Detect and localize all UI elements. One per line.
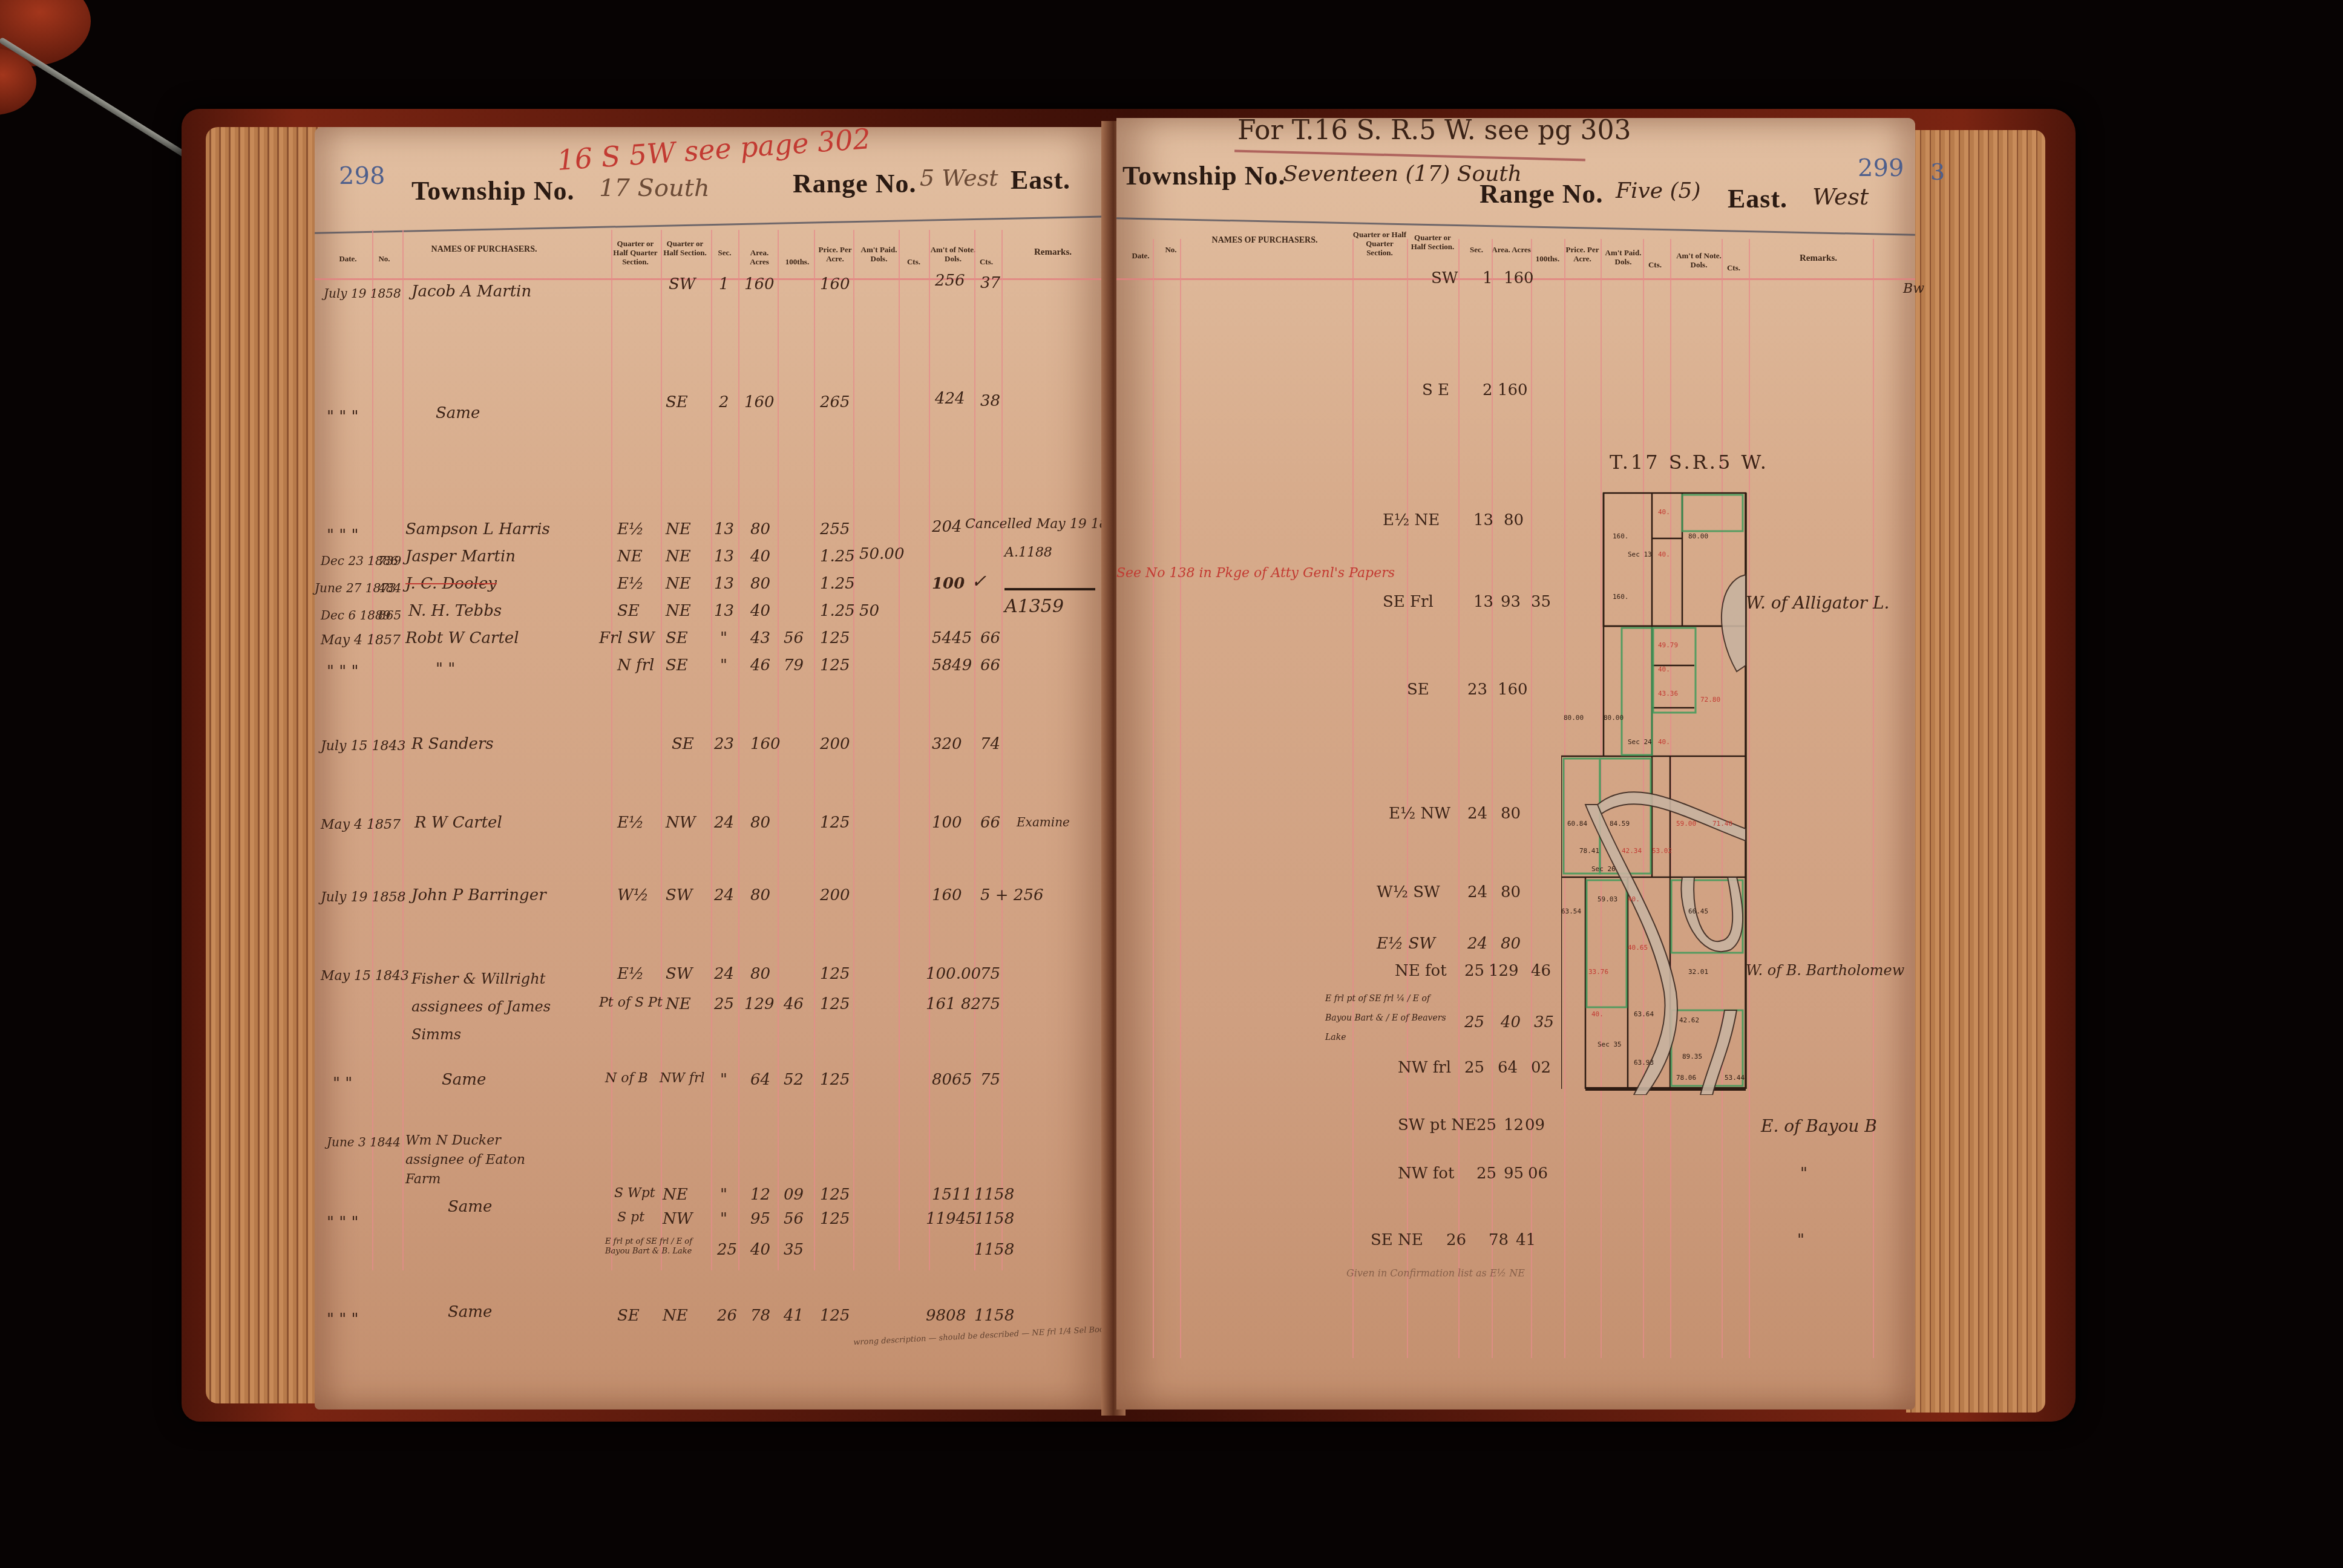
strike-line	[1004, 588, 1095, 590]
row-note-dols: 5849	[932, 656, 972, 675]
row-price: 125	[820, 814, 850, 832]
right-page-stack	[1906, 130, 2045, 1413]
svg-text:63.64: 63.64	[1634, 1010, 1654, 1018]
row-sec: 24	[714, 814, 734, 832]
row-price: 1.25	[820, 575, 855, 593]
row-name: Robt W Cartel	[405, 629, 519, 647]
col-paid-cts: Cts.	[1643, 260, 1667, 269]
col-note-dols: Am't of Note. Dols.	[929, 245, 977, 263]
svg-text:80.00: 80.00	[1604, 714, 1624, 722]
annotation-underline	[1234, 149, 1585, 161]
row-paid-dols: 50	[859, 602, 879, 620]
row-note-cts: 66	[980, 814, 1000, 832]
row-qh: NE	[666, 520, 691, 538]
row-qh: SW	[666, 886, 693, 904]
next-page-margin-mark: Bw	[1903, 281, 1924, 296]
row-sec: 25	[1464, 1059, 1484, 1077]
svg-text:43.36: 43.36	[1658, 690, 1678, 697]
row-qhq: E frl pt of SE frl / E of Bayou Bart & B…	[605, 1237, 708, 1256]
row-qhq: E½	[617, 575, 644, 593]
row-qh: NE	[663, 1186, 688, 1204]
col-price: Price. Per Acre.	[1564, 245, 1601, 263]
row-remarks: E. of Bayou B	[1761, 1116, 1877, 1136]
row-sec: 24	[1467, 935, 1487, 953]
svg-text:33.76: 33.76	[1588, 968, 1608, 976]
ledger-row: SE NE 26 78 41 "	[1116, 1231, 1915, 1261]
row-qhq: Pt of S Pt	[599, 995, 663, 1010]
row-desc: S E	[1422, 381, 1449, 399]
left-page-stack	[206, 127, 327, 1403]
row-desc: NE fot	[1395, 962, 1447, 980]
row-hundredths: 79	[784, 656, 804, 675]
row-name: J. C. Dooley	[405, 575, 497, 593]
row-qhq: Frl SW	[599, 629, 655, 647]
row-remarks: "	[1800, 1165, 1807, 1183]
row-sec: 25	[714, 995, 734, 1013]
row-acres: 40	[750, 1241, 770, 1259]
row-qhq: S Wpt	[614, 1186, 655, 1201]
row-date: " " "	[327, 1310, 358, 1328]
row-desc: SE NE	[1371, 1231, 1423, 1249]
row-sec: 23	[714, 735, 734, 753]
row-price: 200	[820, 735, 850, 753]
svg-text:160.: 160.	[1613, 593, 1629, 601]
svg-text:40.: 40.	[1658, 738, 1670, 746]
svg-text:160.: 160.	[1613, 532, 1629, 540]
row-acres: 129	[744, 995, 775, 1013]
row-qh: SE	[666, 629, 688, 647]
col-names: NAMES OF PURCHASERS.	[405, 245, 563, 254]
col-hundredths: 100ths.	[781, 257, 814, 266]
row-date: July 19 1858	[321, 890, 405, 905]
row-acres: 46	[750, 656, 770, 675]
svg-text:59.03: 59.03	[1597, 895, 1617, 903]
row-hundredths: 02	[1531, 1059, 1551, 1077]
row-sec: 26	[717, 1307, 737, 1325]
row-qh: SW	[669, 275, 696, 293]
row-acres: 160	[744, 393, 775, 411]
ledger-row: July 15 1843 R Sanders SE 23 160 200 320…	[315, 735, 1110, 765]
row-desc: W½ SW	[1377, 883, 1440, 901]
row-qh: SE	[666, 656, 688, 675]
col-date: Date.	[327, 254, 369, 263]
col-hundredths: 100ths.	[1531, 254, 1564, 263]
row-note-cts: 1158	[974, 1210, 1014, 1228]
range-label: Range No.	[1480, 178, 1604, 209]
range-value: 5 West	[920, 165, 998, 191]
svg-text:63.54: 63.54	[1561, 907, 1581, 915]
row-sec: 24	[714, 886, 734, 904]
col-sec: Sec.	[1461, 245, 1492, 254]
header-rule	[1116, 217, 1915, 236]
row-note-dols: 320	[932, 735, 962, 753]
row-paid-dols: 50.00	[859, 545, 904, 563]
row-sec: 1	[1483, 269, 1493, 287]
row-date: " " "	[327, 408, 358, 426]
row-price: 265	[820, 393, 850, 411]
row-acres: 80	[750, 520, 770, 538]
row-price: 125	[820, 1186, 850, 1204]
township-plat-map: 160. 80.00 160. Sec 13 80.00 80.00 Sec 2…	[1561, 490, 1749, 1095]
col-no: No.	[1159, 245, 1183, 254]
svg-text:53.02: 53.02	[1652, 847, 1672, 855]
svg-text:66.45: 66.45	[1688, 907, 1708, 915]
svg-text:Sec 35: Sec 35	[1597, 1040, 1622, 1048]
svg-text:40.: 40.	[1658, 508, 1670, 516]
row-qh: SE	[672, 735, 694, 753]
row-sec: "	[720, 1071, 727, 1089]
ledger-row: NW frl 25 64 02	[1116, 1059, 1915, 1089]
ledger-row: May 4 1857 Robt W Cartel Frl SW SE " 43 …	[315, 629, 1110, 659]
range-suffix: East.	[1011, 165, 1070, 195]
svg-text:80.00: 80.00	[1564, 714, 1584, 722]
row-acres: 64	[750, 1071, 770, 1089]
row-sec: 25	[1476, 1116, 1496, 1134]
col-acres: Area. Acres	[1492, 245, 1531, 254]
row-no: 739	[378, 554, 401, 568]
col-sec: Sec.	[711, 248, 738, 257]
row-desc: NW fot	[1398, 1165, 1454, 1183]
svg-text:71.40: 71.40	[1712, 820, 1732, 828]
row-desc: SE	[1407, 681, 1429, 699]
row-no: 865	[378, 608, 401, 622]
col-qhq: Quarter or Half Quarter Section.	[611, 239, 660, 266]
ledger-row: " " " Same SE 2 160 265 424 38	[315, 399, 1110, 430]
row-price: 1.25	[820, 602, 855, 620]
svg-text:32.01: 32.01	[1688, 968, 1708, 976]
svg-text:78.06: 78.06	[1676, 1074, 1696, 1082]
row-no: 484	[378, 581, 401, 595]
row-qhq: S pt	[617, 1210, 644, 1225]
next-page-number-peek: 3	[1930, 158, 1945, 185]
row-acres: 80	[1504, 511, 1524, 529]
row-price: 125	[820, 1210, 850, 1228]
row-note-cts: 1158	[974, 1241, 1014, 1259]
row-acres: 80	[750, 965, 770, 983]
row-acres: 40	[750, 547, 770, 566]
red-reference-note: See No 138 in Pkge of Atty Genl's Papers	[1116, 566, 1395, 581]
ledger-row: W½ SW 24 80	[1116, 883, 1915, 913]
map-title: T.17 S.R.5 W.	[1610, 451, 1769, 474]
row-qh: NW	[666, 814, 695, 832]
row-acres: 80	[750, 814, 770, 832]
row-date: June 3 1844	[327, 1135, 401, 1149]
ledger-row: NW fot 25 95 06 "	[1116, 1165, 1915, 1195]
col-note-dols: Am't of Note. Dols.	[1670, 251, 1728, 269]
svg-text:49.79: 49.79	[1658, 641, 1678, 649]
row-remarks: W. of Alligator L.	[1746, 593, 1889, 613]
ledger-row: June 3 1844 Wm N Ducker assignee of Eato…	[315, 1131, 1110, 1161]
ledger-row: SE Frl 13 93 35 W. of Alligator L.	[1116, 593, 1915, 623]
col-paid-cts: Cts.	[902, 257, 926, 266]
row-qh: NE	[666, 602, 691, 620]
col-remarks: Remarks.	[1770, 254, 1867, 263]
ledger-row: E½ NE 13 80	[1116, 511, 1915, 541]
row-price: 125	[820, 995, 850, 1013]
ledger-row: SE 23 160	[1116, 681, 1915, 711]
col-no: No.	[372, 254, 396, 263]
row-price: 125	[820, 656, 850, 675]
row-sec: 1	[719, 275, 729, 293]
svg-text:63.93: 63.93	[1634, 1059, 1654, 1067]
row-qhq: E½	[617, 520, 644, 538]
col-paid-dols: Am't Paid. Dols.	[1601, 248, 1646, 266]
svg-text:80.00: 80.00	[1688, 532, 1708, 540]
row-note-dols: 5445	[932, 629, 972, 647]
row-note-dols: 204	[932, 518, 962, 536]
row-note-dols: 100	[932, 814, 962, 832]
row-sec: 23	[1467, 681, 1487, 699]
col-qh: Quarter or Half Section.	[1407, 233, 1458, 251]
row-hundredths: 56	[784, 1210, 804, 1228]
ledger-row: NE fot 25 129 46 W. of B. Bartholomew	[1116, 962, 1915, 992]
ledger-row: " " " " " N frl SE " 46 79 125 5849 66	[315, 656, 1110, 687]
row-date: July 19 1858	[324, 286, 401, 301]
row-note-dols: 1511	[932, 1186, 972, 1204]
row-date: " " "	[327, 1214, 358, 1232]
row-hundredths: 46	[784, 995, 804, 1013]
row-note-dols: 160	[932, 886, 962, 904]
svg-text:40.: 40.	[1658, 550, 1670, 558]
row-sec: 2	[719, 393, 729, 411]
svg-text:Sec 26: Sec 26	[1591, 865, 1616, 873]
row-price: 255	[820, 520, 850, 538]
row-sec: 25	[1464, 1013, 1484, 1031]
row-sec: 2	[1483, 381, 1493, 399]
row-name: Same	[436, 404, 480, 422]
col-names: NAMES OF PURCHASERS.	[1183, 236, 1346, 245]
row-price: 125	[820, 965, 850, 983]
svg-text:40.: 40.	[1658, 665, 1670, 673]
row-price: 125	[820, 1307, 850, 1325]
ledger-row: Dec 23 1886 739 Jasper Martin NE NE 13 4…	[315, 547, 1110, 578]
row-note-cts: 75	[980, 965, 1000, 983]
row-sec: 25	[717, 1241, 737, 1259]
row-remarks: A.1188	[1004, 545, 1052, 560]
page-number: 298	[339, 162, 385, 190]
row-note-cts: 75	[980, 995, 1000, 1013]
row-acres: 80	[1501, 935, 1521, 953]
ledger-row: E frl pt of SE frl / E of Bayou Bart & B…	[315, 1237, 1110, 1267]
row-qh: SE	[666, 393, 688, 411]
row-qhq: E½	[617, 814, 644, 832]
row-note-dols: 100.00	[926, 965, 981, 983]
ledger-row: July 19 1858 John P Barringer W½ SW 24 8…	[315, 886, 1110, 916]
ledger-row: May 4 1857 R W Cartel E½ NW 24 80 125 10…	[315, 814, 1110, 844]
row-qh: NE	[666, 575, 691, 593]
row-sec: 13	[1473, 593, 1493, 611]
row-note-cts: 37	[980, 274, 1000, 292]
row-note-cts: 66	[980, 656, 1000, 675]
row-note-dols: 424	[935, 390, 965, 408]
row-name: R Sanders	[411, 735, 494, 753]
row-note-dols: 256	[935, 272, 965, 290]
row-acres: 95	[750, 1210, 770, 1228]
range-value: Five (5)	[1616, 178, 1701, 203]
row-qh: NW frl	[660, 1071, 705, 1086]
row-name: Jacob A Martin	[411, 283, 531, 301]
svg-text:53.44: 53.44	[1725, 1074, 1745, 1082]
row-note-cts: 66	[980, 629, 1000, 647]
row-note-cts: 75	[980, 1071, 1000, 1089]
row-desc: E½ SW	[1377, 935, 1435, 953]
col-qhq: Quarter or Half Quarter Section.	[1352, 230, 1407, 257]
svg-text:40.65: 40.65	[1628, 944, 1648, 952]
col-price: Price. Per Acre.	[817, 245, 853, 263]
svg-text:72.80: 72.80	[1700, 696, 1720, 704]
row-sec: "	[720, 1210, 727, 1228]
row-sec: 13	[1473, 511, 1493, 529]
row-sec: 25	[1476, 1165, 1496, 1183]
row-qh: NW	[663, 1210, 692, 1228]
row-name: Same	[448, 1303, 492, 1321]
ledger-row: SW 1 160	[1116, 269, 1915, 299]
ledger-row: Dec 6 1889 865 N. H. Tebbs SE NE 13 40 1…	[315, 602, 1110, 632]
ledger-row: Pt of S Pt NE 25 129 46 125 161 82 75	[315, 995, 1110, 1025]
row-qhq: SE	[617, 1307, 640, 1325]
svg-text:Sec 13: Sec 13	[1628, 550, 1652, 558]
row-note-dols: 11945	[926, 1210, 976, 1228]
row-acres: 160	[744, 275, 775, 293]
row-desc: NW frl	[1398, 1059, 1451, 1077]
row-hundredths: 56	[784, 629, 804, 647]
check-mark: ✓	[971, 571, 986, 592]
row-name: Wm N Ducker assignee of Eaton Farm	[405, 1131, 526, 1189]
row-acres: 78	[750, 1307, 770, 1325]
header-rule	[315, 215, 1110, 234]
row-hundredths: 41	[784, 1307, 804, 1325]
page-number: 299	[1858, 154, 1904, 182]
row-note-cts: 1158	[974, 1307, 1014, 1325]
township-label: Township No.	[1122, 160, 1286, 191]
row-acres: 160	[1498, 381, 1528, 399]
row-date: May 15 1843	[321, 969, 409, 984]
ledger-row: E½ NW 24 80	[1116, 805, 1915, 835]
row-price: 200	[820, 886, 850, 904]
svg-text:78.41: 78.41	[1579, 847, 1599, 855]
ledger-row: SW pt NE 25 12 09 E. of Bayou B	[1116, 1116, 1915, 1146]
row-date: " " "	[327, 662, 358, 681]
col-paid-dols: Am't Paid. Dols.	[856, 245, 902, 263]
row-desc: E½ NW	[1389, 805, 1450, 823]
row-acres: 12	[750, 1186, 770, 1204]
top-annotation: For T.16 S. R.5 W. see pg 303	[1237, 115, 1631, 146]
row-name: R W Cartel	[415, 814, 502, 832]
row-qh: NE	[663, 1307, 688, 1325]
svg-text:84.59: 84.59	[1610, 820, 1630, 828]
row-acres: 12	[1504, 1116, 1524, 1134]
row-acres: 80	[750, 886, 770, 904]
row-acres: 80	[1501, 883, 1521, 901]
row-sec: "	[720, 656, 727, 675]
svg-text:40.: 40.	[1591, 1010, 1604, 1018]
ledger-row: " " " Same SE NE 26 78 41 125 9808 1158 …	[315, 1307, 1110, 1337]
ledger-row: June 27 1873 484 J. C. Dooley E½ NE 13 8…	[315, 575, 1110, 605]
ledger-row: " " " Same S pt NW " 95 56 125 11945 115…	[315, 1210, 1110, 1240]
row-name: John P Barringer	[411, 886, 546, 904]
row-date: May 4 1857	[321, 633, 401, 648]
row-name: N. H. Tebbs	[408, 602, 502, 620]
left-page: 298 16 S 5W see page 302 Township No. 17…	[315, 127, 1110, 1410]
row-hundredths: 09	[1525, 1116, 1545, 1134]
svg-text:60.84: 60.84	[1567, 820, 1587, 828]
row-remarks: wrong description — should be described …	[853, 1324, 1132, 1347]
ledger-row: E½ SW 24 80	[1116, 935, 1915, 965]
row-price: 125	[820, 1071, 850, 1089]
svg-text:42.62: 42.62	[1679, 1016, 1699, 1024]
row-sec: 24	[1467, 883, 1487, 901]
col-note-cts: Cts.	[974, 257, 998, 266]
row-acres: 95	[1504, 1165, 1524, 1183]
row-qhq: N frl	[617, 656, 654, 675]
row-acres: 160	[750, 735, 781, 753]
row-sec: "	[720, 1186, 727, 1204]
row-name: Jasper Martin	[405, 547, 516, 566]
row-qhq: N of B	[605, 1071, 648, 1086]
row-price: 125	[820, 629, 850, 647]
row-note-dols: 100	[932, 575, 965, 593]
row-date: " "	[333, 1074, 352, 1093]
row-qh: NE	[666, 995, 691, 1013]
row-acres: 40	[1501, 1013, 1521, 1031]
row-hundredths: 09	[784, 1186, 804, 1204]
row-date: July 15 1843	[321, 739, 405, 754]
row-sec: 13	[714, 575, 734, 593]
row-hundredths: 46	[1531, 962, 1551, 980]
row-hundredths: 41	[1516, 1231, 1536, 1249]
row-acres: 160	[1504, 269, 1534, 287]
row-qhq: SE	[617, 602, 640, 620]
row-acres: 64	[1498, 1059, 1518, 1077]
row-note-cts: 38	[980, 392, 1000, 410]
row-acres: 80	[750, 575, 770, 593]
svg-text:89.35: 89.35	[1682, 1053, 1702, 1060]
right-page: For T.16 S. R.5 W. see pg 303 299 Townsh…	[1116, 118, 1915, 1410]
row-sec: 24	[1467, 805, 1487, 823]
row-note-cts: 1158	[974, 1186, 1014, 1204]
row-remarks: A1359	[1004, 596, 1064, 617]
row-acres: 40	[750, 602, 770, 620]
ledger-row: S E 2 160	[1116, 381, 1915, 411]
ledger-row: E frl pt of SE frl ¼ / E of Bayou Bart &…	[1116, 989, 1915, 1019]
row-acres: 93	[1501, 593, 1521, 611]
col-qh: Quarter or Half Section.	[661, 239, 709, 257]
row-date: May 4 1857	[321, 817, 401, 832]
row-remarks: W. of B. Bartholomew	[1746, 962, 1904, 979]
township-value: 17 South	[599, 174, 710, 202]
row-desc: E frl pt of SE frl ¼ / E of Bayou Bart &…	[1325, 989, 1452, 1047]
row-qh: NE	[666, 547, 691, 566]
svg-text:Sec 24: Sec 24	[1628, 738, 1652, 746]
row-name: " "	[436, 660, 455, 678]
svg-text:42.34: 42.34	[1622, 847, 1642, 855]
plat-map-drawing: 160. 80.00 160. Sec 13 80.00 80.00 Sec 2…	[1561, 490, 1749, 1095]
row-acres: 160	[1498, 681, 1528, 699]
row-sec: 24	[714, 965, 734, 983]
svg-text:40.: 40.	[1628, 895, 1640, 903]
row-name: Sampson L Harris	[405, 520, 550, 538]
row-remarks: "	[1797, 1231, 1804, 1249]
row-sec: 25	[1464, 962, 1484, 980]
row-desc: SW pt NE	[1398, 1116, 1476, 1134]
row-hundredths: 06	[1528, 1165, 1548, 1183]
row-hundredths: 35	[784, 1241, 804, 1259]
row-price: 1.25	[820, 547, 855, 566]
col-acres: Area. Acres	[741, 248, 778, 266]
row-sec: 13	[714, 547, 734, 566]
row-acres: 80	[1501, 805, 1521, 823]
row-desc: SE Frl	[1383, 593, 1434, 611]
